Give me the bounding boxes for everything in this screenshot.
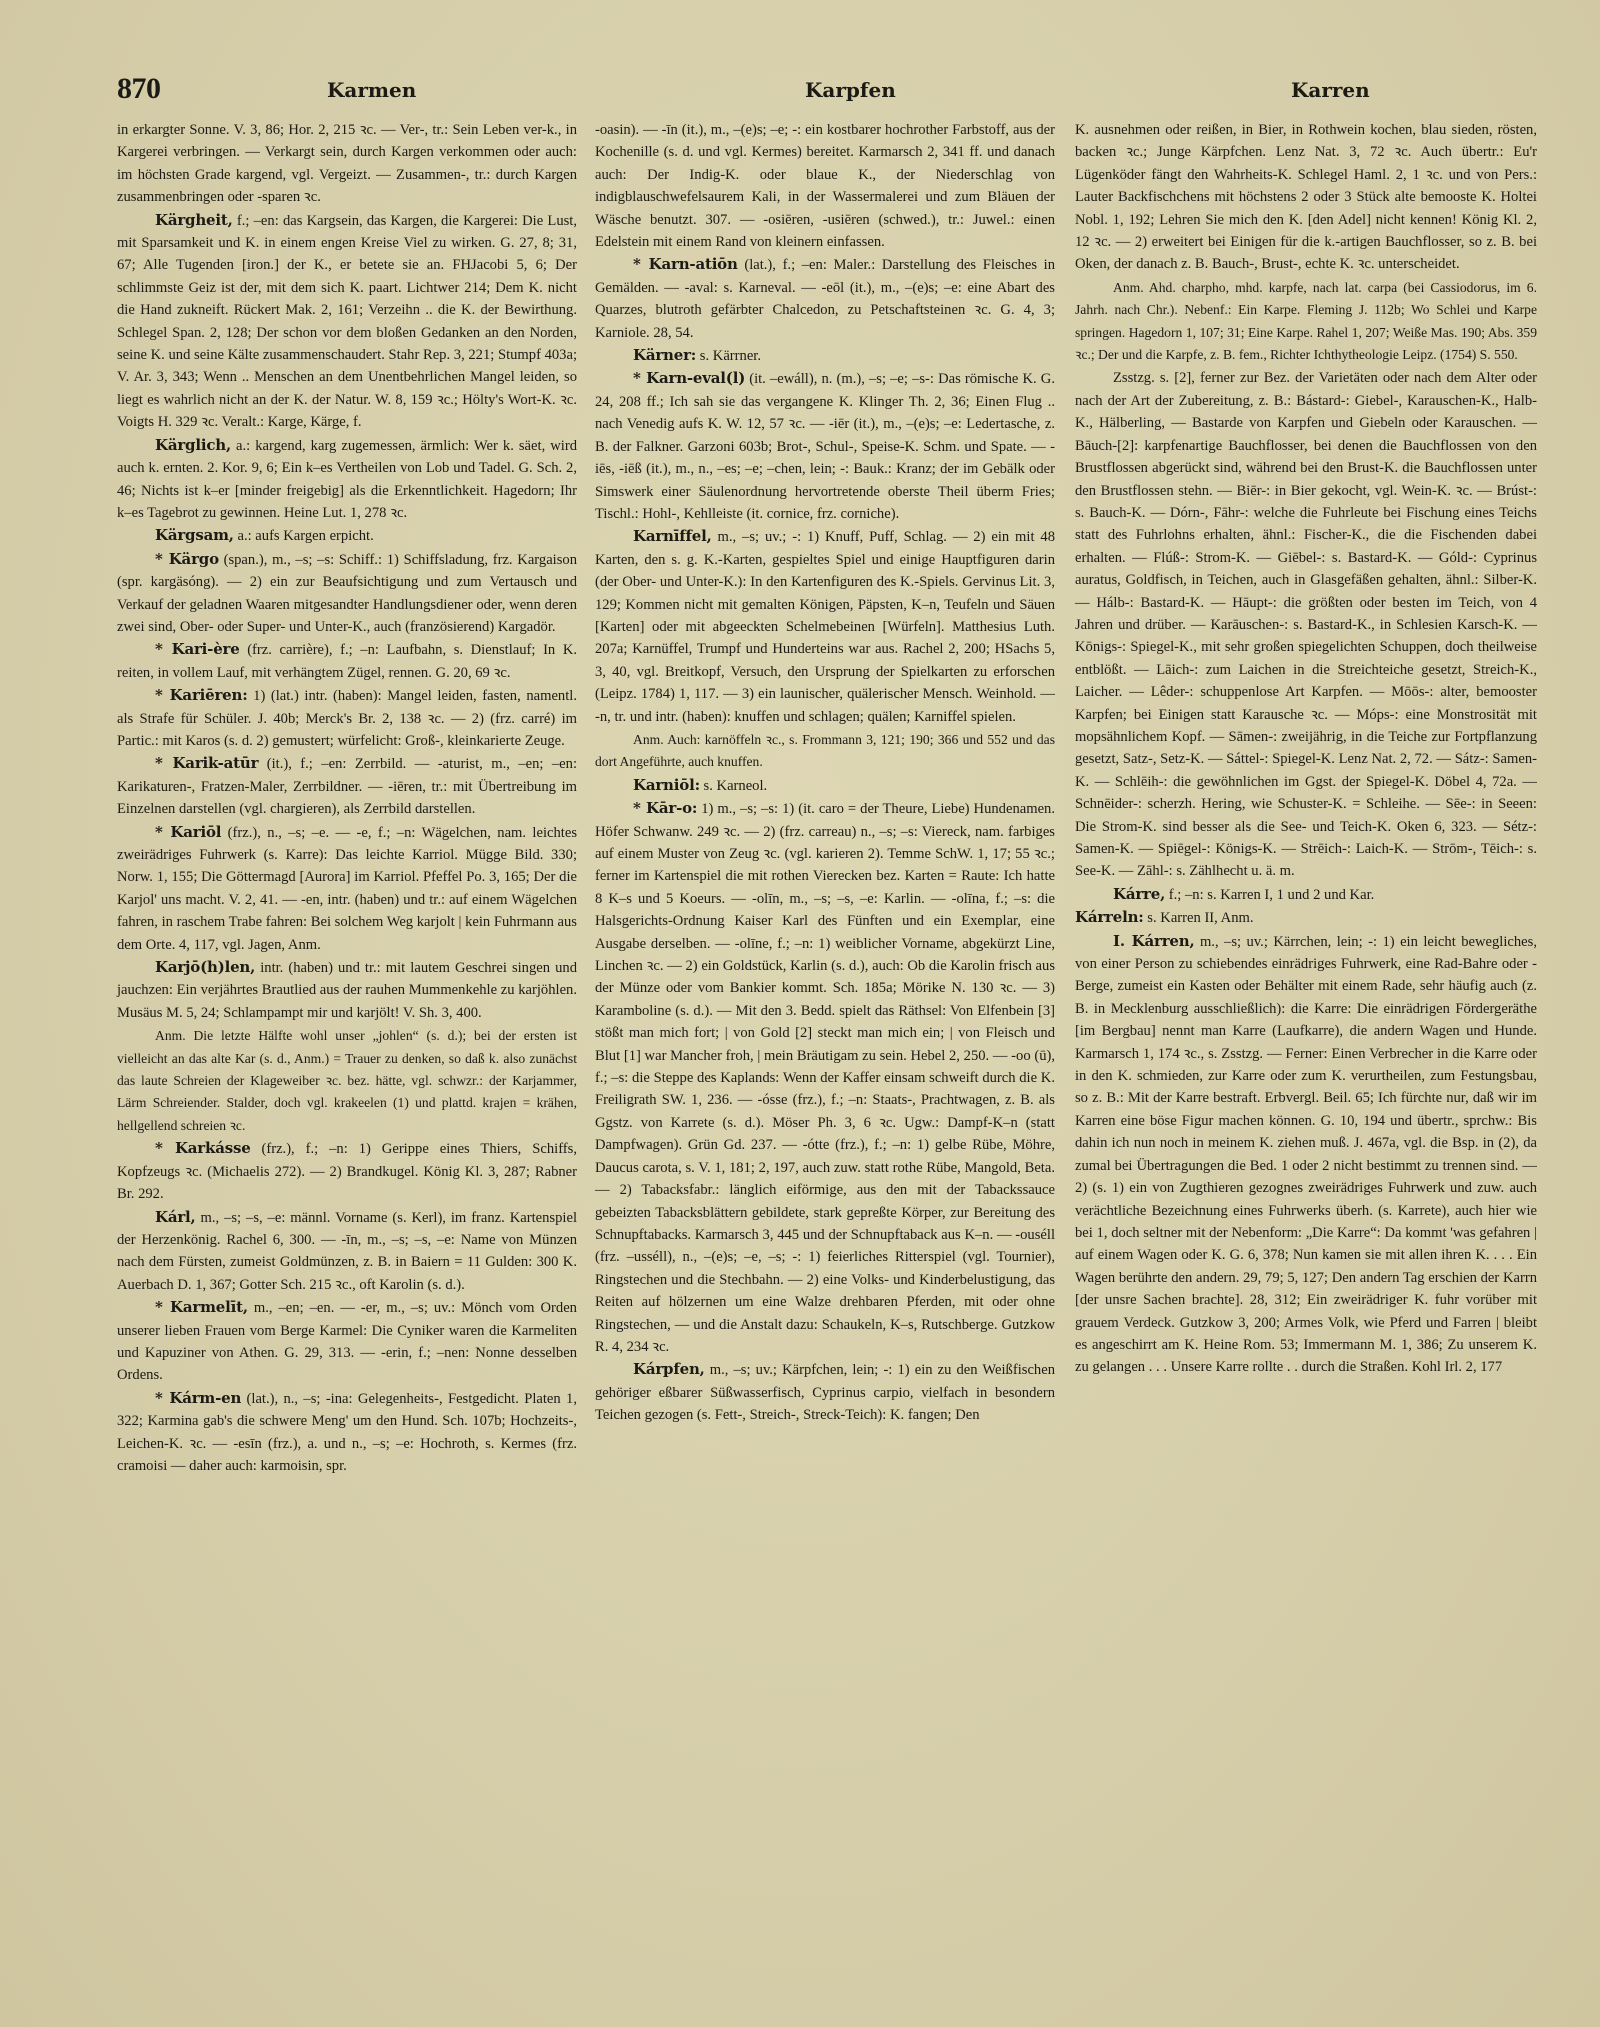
headword: Karniōl: xyxy=(633,776,700,794)
headword: Kärgsam, xyxy=(155,526,234,544)
dictionary-entry: Kárl, m., –s; –s, –e: männl. Vorname (s.… xyxy=(117,1206,577,1297)
entry-text: f.; –en: das Kargsein, das Kargen, die K… xyxy=(117,213,577,431)
headword: Kárpfen, xyxy=(633,1360,705,1378)
headword: Kärglich, xyxy=(155,436,231,454)
dictionary-entry: * Kariēren: 1) (lat.) intr. (haben): Man… xyxy=(117,684,577,752)
headword: Kärner: xyxy=(633,346,696,364)
dictionary-entry: * Kari-ère (frz. carrière), f.; –n: Lauf… xyxy=(117,638,577,684)
entry-text: m., –s; uv.; -: 1) Knuff, Puff, Schlag. … xyxy=(595,529,1055,724)
entry-text: K. ausnehmen oder reißen, in Bier, in Ro… xyxy=(1075,122,1537,272)
entry-text: 1) m., –s; –s: 1) (it. caro = der Theure… xyxy=(595,801,1055,1355)
headword: * Kari-ère xyxy=(155,640,240,658)
dictionary-entry: Zsstzg. s. [2], ferner zur Bez. der Vari… xyxy=(1075,366,1537,882)
annotation-paragraph: Anm. Ahd. charpho, mhd. karpfe, nach lat… xyxy=(1075,276,1537,367)
entry-text: -oasin). — -īn (it.), m., –(e)s; –e; -: … xyxy=(595,122,1055,250)
headword: * Karik-atūr xyxy=(155,754,258,772)
dictionary-page: 870 Karmen Karpfen Karren in erkargter S… xyxy=(0,0,1600,2027)
running-head-right: Karren xyxy=(1291,78,1370,102)
headword: * Karkásse xyxy=(155,1139,251,1157)
dictionary-entry: -oasin). — -īn (it.), m., –(e)s; –e; -: … xyxy=(595,118,1055,253)
dictionary-entry: in erkargter Sonne. V. 3, 86; Hor. 2, 21… xyxy=(117,118,577,209)
headword: Karjō(h)len, xyxy=(155,958,255,976)
dictionary-entry: Kärgsam, a.: aufs Kargen erpicht. xyxy=(117,524,577,547)
dictionary-entry: I. Kárren, m., –s; uv.; Kärrchen, lein; … xyxy=(1075,930,1537,1379)
entry-text: a.: aufs Kargen erpicht. xyxy=(234,528,374,544)
dictionary-entry: Karnīffel, m., –s; uv.; -: 1) Knuff, Puf… xyxy=(595,525,1055,728)
dictionary-entry: * Karkásse (frz.), f.; –n: 1) Gerippe ei… xyxy=(117,1137,577,1205)
headword: * Kariēren: xyxy=(155,686,248,704)
dictionary-entry: Karniōl: s. Karneol. xyxy=(595,774,1055,797)
annotation-paragraph: Anm. Die letzte Hälfte wohl unser „johle… xyxy=(117,1024,577,1137)
headword: * Kärgo xyxy=(155,550,219,568)
headword: * Kárm-en xyxy=(155,1389,241,1407)
headword: * Kariōl xyxy=(155,823,221,841)
headword: Kárre, xyxy=(1113,885,1165,903)
dictionary-entry: K. ausnehmen oder reißen, in Bier, in Ro… xyxy=(1075,118,1537,276)
entry-text: (it. –ewáll), n. (m.), –s; –e; –s-: Das … xyxy=(595,371,1055,521)
running-head-center: Karpfen xyxy=(805,78,896,102)
dictionary-entry: Karjō(h)len, intr. (haben) und tr.: mit … xyxy=(117,956,577,1024)
dictionary-entry: * Karmelīt, m., –en; –en. — -er, m., –s;… xyxy=(117,1296,577,1387)
column-left: in erkargter Sonne. V. 3, 86; Hor. 2, 21… xyxy=(117,118,577,1477)
entry-text: Zsstzg. s. [2], ferner zur Bez. der Vari… xyxy=(1075,370,1537,879)
entry-text: s. Karneol. xyxy=(700,778,767,794)
dictionary-entry: Kärgheit, f.; –en: das Kargsein, das Kar… xyxy=(117,209,577,434)
headword: I. Kárren, xyxy=(1113,932,1195,950)
running-head-left: Karmen xyxy=(327,78,416,102)
column-right: K. ausnehmen oder reißen, in Bier, in Ro… xyxy=(1075,118,1537,1379)
headword: * Karmelīt, xyxy=(155,1298,248,1316)
headword: * Karn-atiōn xyxy=(633,255,738,273)
page-number: 870 xyxy=(117,72,161,106)
headword: Kárl, xyxy=(155,1208,196,1226)
dictionary-entry: * Karik-atūr (it.), f.; –en: Zerrbild. —… xyxy=(117,752,577,820)
entry-text: (frz.), n., –s; –e. — -e, f.; –n: Wägelc… xyxy=(117,825,577,953)
dictionary-entry: Kárpfen, m., –s; uv.; Kärpfchen, lein; -… xyxy=(595,1358,1055,1426)
dictionary-entry: Kärner: s. Kärrner. xyxy=(595,344,1055,367)
headword: * Karn-eval(l) xyxy=(633,369,745,387)
entry-text: Anm. Die letzte Hälfte wohl unser „johle… xyxy=(117,1028,577,1133)
entry-text: Anm. Auch: karnöffeln ꝛc., s. Frommann 3… xyxy=(595,732,1055,769)
dictionary-entry: * Kār-o: 1) m., –s; –s: 1) (it. caro = d… xyxy=(595,797,1055,1358)
page-header: 870 Karmen Karpfen Karren xyxy=(117,70,1537,120)
dictionary-entry: * Kariōl (frz.), n., –s; –e. — -e, f.; –… xyxy=(117,821,577,956)
entry-text: s. Kärrner. xyxy=(696,348,761,364)
dictionary-entry: * Kärgo (span.), m., –s; –s: Schiff.: 1)… xyxy=(117,548,577,639)
column-middle: -oasin). — -īn (it.), m., –(e)s; –e; -: … xyxy=(595,118,1055,1427)
dictionary-entry: Kárre, f.; –n: s. Karren I, 1 und 2 und … xyxy=(1075,883,1537,906)
dictionary-entry: * Kárm-en (lat.), n., –s; -ina: Gelegenh… xyxy=(117,1387,577,1478)
entry-text: m., –s; uv.; Kärrchen, lein; -: 1) ein l… xyxy=(1075,934,1537,1376)
headword: Kärgheit, xyxy=(155,211,233,229)
text-columns: in erkargter Sonne. V. 3, 86; Hor. 2, 21… xyxy=(117,118,1537,1998)
entry-text: in erkargter Sonne. V. 3, 86; Hor. 2, 21… xyxy=(117,122,577,205)
annotation-paragraph: Anm. Auch: karnöffeln ꝛc., s. Frommann 3… xyxy=(595,728,1055,774)
dictionary-entry: Kárreln: s. Karren II, Anm. xyxy=(1075,906,1537,929)
entry-text: Anm. Ahd. charpho, mhd. karpfe, nach lat… xyxy=(1075,280,1537,362)
entry-text: s. Karren II, Anm. xyxy=(1144,910,1254,926)
headword: Karnīffel, xyxy=(633,527,712,545)
entry-text: f.; –n: s. Karren I, 1 und 2 und Kar. xyxy=(1165,887,1374,903)
dictionary-entry: * Karn-eval(l) (it. –ewáll), n. (m.), –s… xyxy=(595,367,1055,525)
dictionary-entry: * Karn-atiōn (lat.), f.; –en: Maler.: Da… xyxy=(595,253,1055,344)
dictionary-entry: Kärglich, a.: kargend, karg zugemessen, … xyxy=(117,434,577,525)
headword: Kárreln: xyxy=(1075,908,1144,926)
headword: * Kār-o: xyxy=(633,799,697,817)
